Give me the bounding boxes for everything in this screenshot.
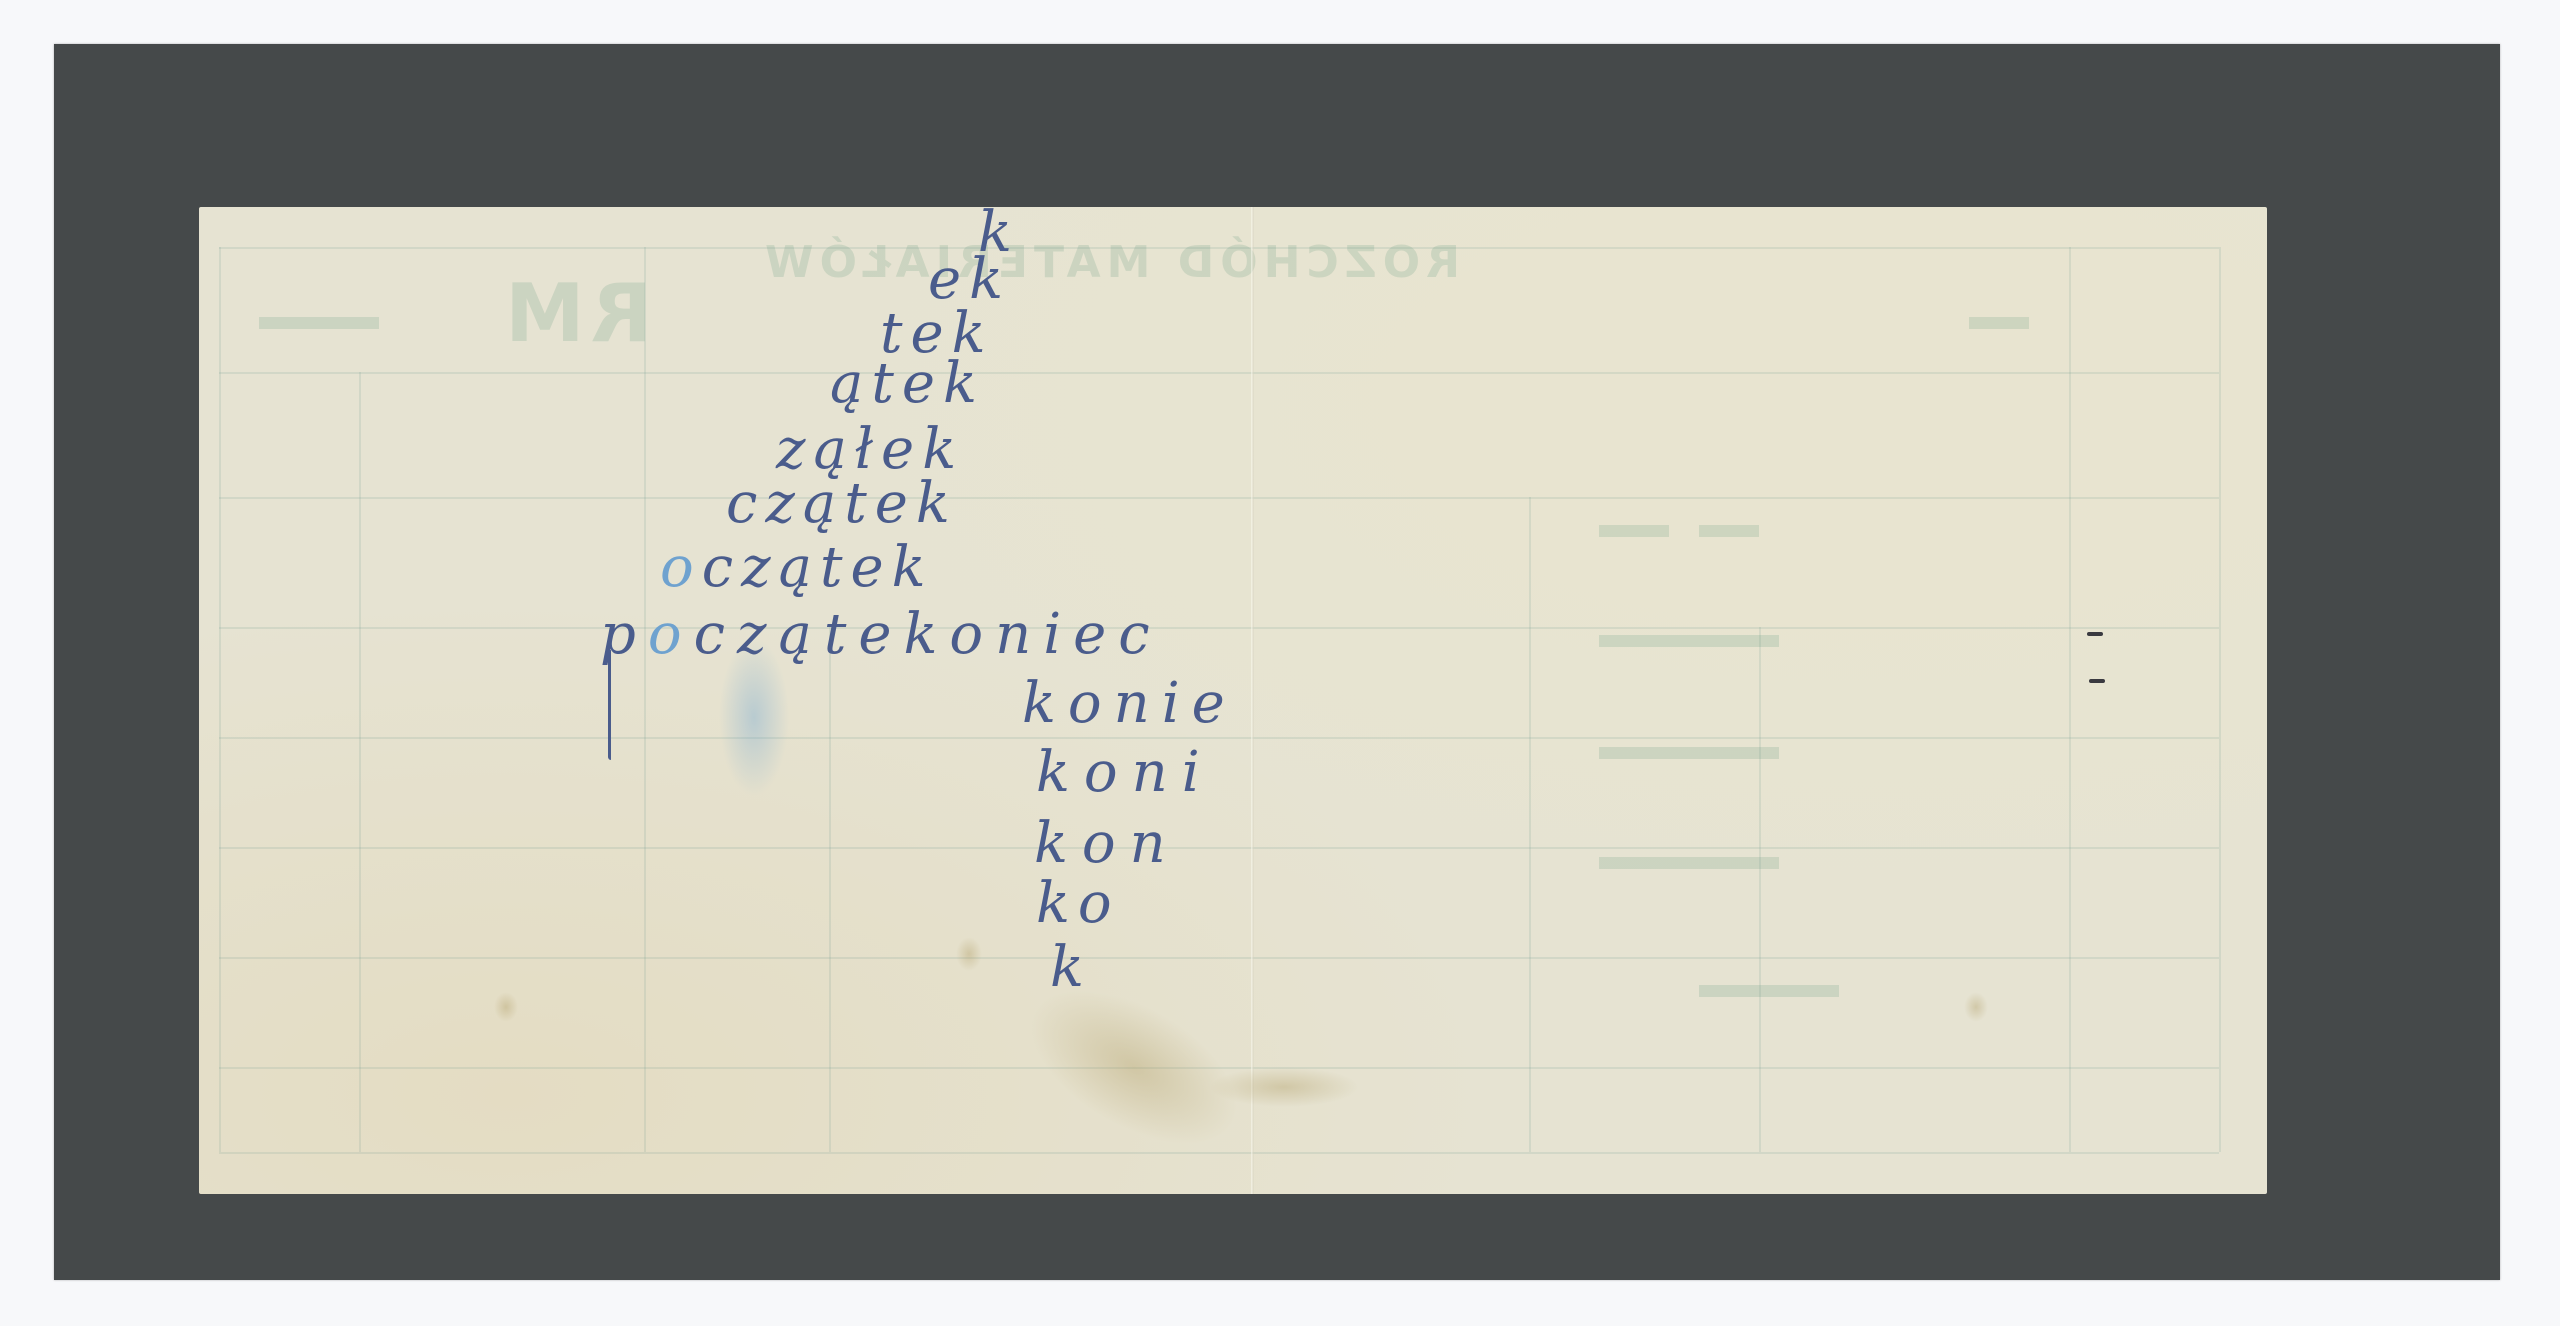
grid-line [219,372,2219,374]
bleed-through-bar [1699,525,1759,537]
bleed-through-title: ROZCHÓD MATERIAŁÓW [759,237,1460,288]
blue-letter: o [660,535,702,600]
handwriting-line: kon [1034,816,1180,872]
fold-crease [1251,207,1254,1194]
grid-line [219,737,2219,739]
blue-letter: o [648,602,694,667]
grid-line [219,957,2219,959]
stain [494,992,518,1022]
bleed-through-bar [259,317,379,329]
bleed-through-bar [1599,525,1669,537]
bleed-through-bar [1699,985,1839,997]
grid-line [2069,247,2071,1152]
grid-line [219,627,2219,629]
handwriting-text: czątek [702,535,934,600]
ink-mark [2087,632,2103,636]
mounting-mat: ROZCHÓD MATERIAŁÓW RM [54,44,2500,1280]
bleed-through-mark: RM [499,267,652,360]
grid-line [359,372,361,1152]
grid-line [1529,497,1531,1152]
grid-line [829,627,831,1152]
stain [1964,992,1988,1022]
handwriting-text: czątekoniec [694,602,1162,667]
handwriting-line: koni [1036,745,1214,801]
ink-mark [2089,679,2105,683]
grid-line [644,247,646,1152]
grid-line [1759,627,1761,1152]
stain [1209,1067,1359,1107]
handwriting-line: ząłek [776,422,964,478]
grid-line [219,497,2219,499]
handwriting-line: ko [1036,876,1120,932]
handwriting-line: oczątek [660,540,934,596]
p-descender [608,650,617,760]
bleed-through-bar [1599,857,1779,869]
grid-line [219,247,221,1152]
handwriting-line: konie [1022,676,1237,732]
grid-line [219,1152,2219,1154]
handwriting-line: k [1050,940,1092,996]
handwriting-line: ątek [830,356,985,412]
stain [956,937,982,971]
handwriting-line: czątek [726,476,958,532]
bleed-through-bar [1969,317,2029,329]
bleed-through-bar [1599,747,1779,759]
grid-line [219,847,2219,849]
handwriting-line: ek [928,252,1011,308]
handwriting-main-line: początekoniec [600,607,1162,663]
grid-line [2219,247,2221,1152]
bleed-through-bar [1599,635,1779,647]
